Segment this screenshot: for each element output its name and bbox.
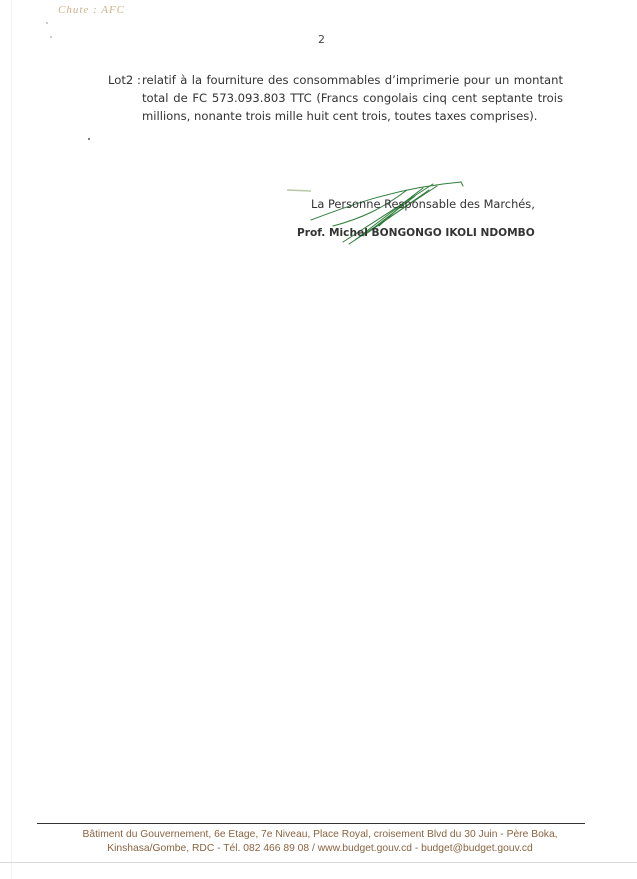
page-bottom-edge xyxy=(0,862,637,863)
scan-speck xyxy=(46,22,48,24)
lot-line-3: millions, nonante trois mille huit cent … xyxy=(142,107,563,125)
lot-paragraph: Lot2 : relatif à la fourniture des conso… xyxy=(108,71,563,125)
signatory-title: La Personne Responsable des Marchés, xyxy=(311,197,535,211)
footer-address: Bâtiment du Gouvernement, 6e Etage, 7e N… xyxy=(40,828,600,856)
scan-edge xyxy=(11,0,12,879)
scan-speck xyxy=(50,36,52,38)
handwritten-signature xyxy=(283,178,468,253)
lot-label: Lot2 : xyxy=(108,71,141,89)
signatory-name: Prof. Michel BONGONGO IKOLI NDOMBO xyxy=(297,227,535,239)
lot-description: relatif à la fourniture des consommables… xyxy=(142,71,563,125)
scan-speck xyxy=(88,138,90,140)
footer-divider xyxy=(37,823,585,824)
footer-line-1: Bâtiment du Gouvernement, 6e Etage, 7e N… xyxy=(40,828,600,842)
handwritten-annotation: Chute : AFC xyxy=(58,4,125,16)
lot-line-2: total de FC 573.093.803 TTC (Francs cong… xyxy=(142,89,563,107)
footer-line-2: Kinshasa/Gombe, RDC - Tél. 082 466 89 08… xyxy=(40,842,600,856)
page-number: 2 xyxy=(318,33,325,46)
lot-line-1: relatif à la fourniture des consommables… xyxy=(142,71,563,89)
